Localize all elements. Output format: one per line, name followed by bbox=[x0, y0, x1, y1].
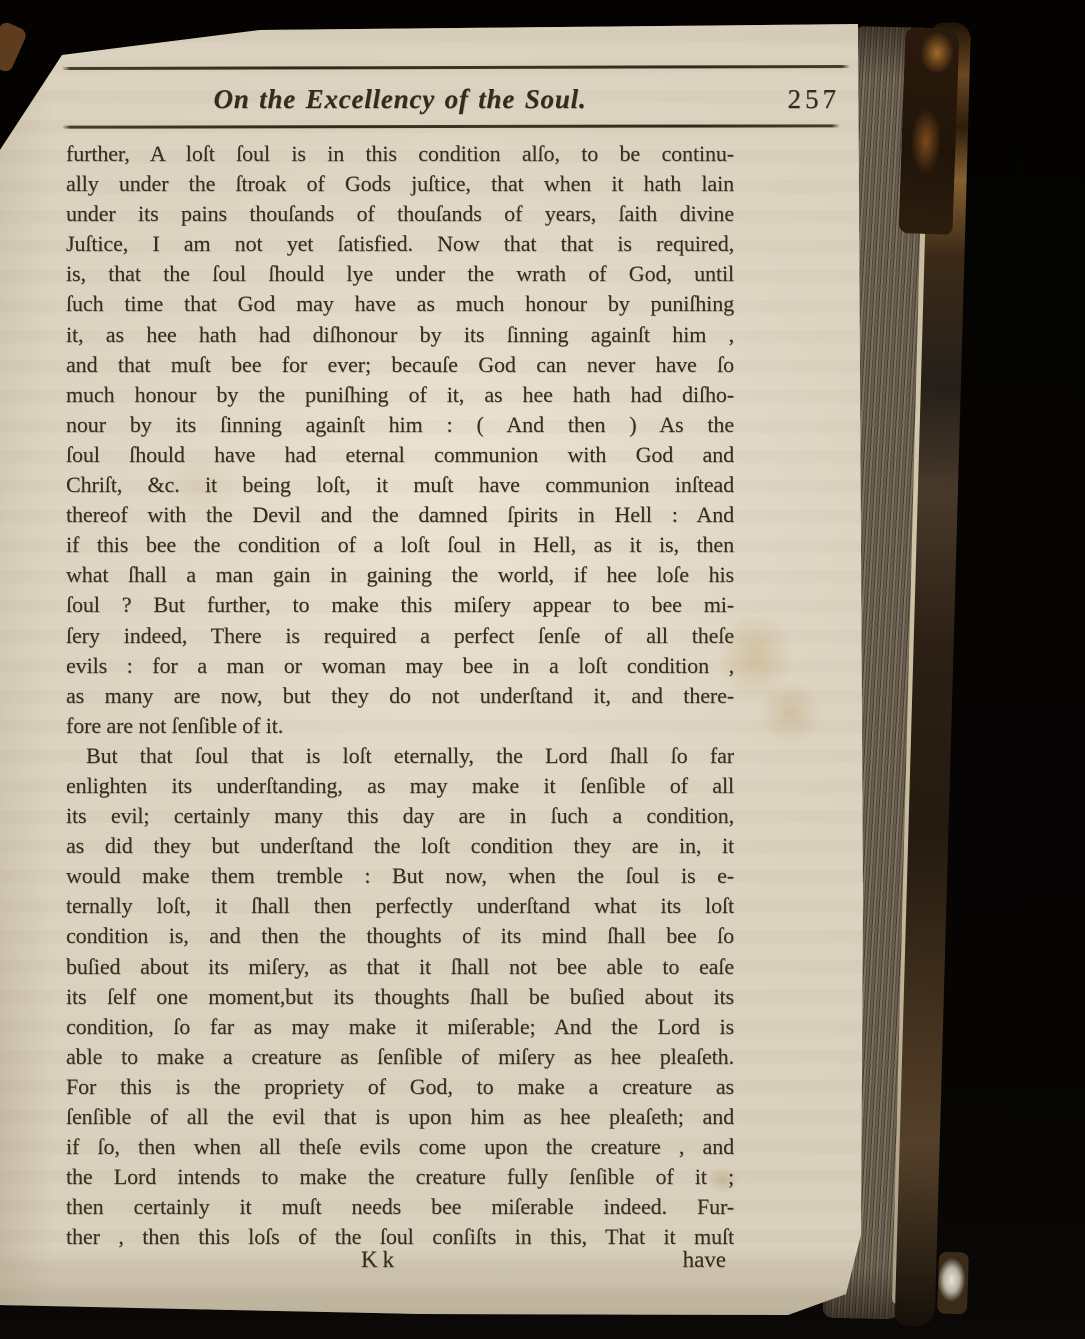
body-text-line: Chriſt, &c. it being loſt, it muſt have … bbox=[66, 470, 734, 500]
binding-leather-top bbox=[898, 27, 959, 235]
body-text-line: ternally loſt, it ſhall then perfectly u… bbox=[66, 891, 734, 921]
body-text-line: For this is the propriety of God, to mak… bbox=[66, 1072, 734, 1102]
body-text-line: what ſhall a man gain in gaining the wor… bbox=[66, 560, 734, 590]
stain-spot bbox=[745, 665, 835, 760]
body-text-line: ſery indeed, There is required a perfect… bbox=[66, 621, 734, 651]
signature-mark: Kk bbox=[46, 1244, 714, 1276]
catchword: have bbox=[683, 1244, 726, 1276]
body-text-line: enlighten its underſtanding, as may make… bbox=[66, 771, 734, 801]
body-text-line: condition is, and then the thoughts of i… bbox=[66, 921, 734, 951]
body-text-line: its ſelf one moment,but its thoughts ſha… bbox=[66, 982, 734, 1012]
signature-row: Kk have bbox=[66, 1244, 734, 1276]
body-text-line: then certainly it muſt needs bee miſerab… bbox=[66, 1192, 734, 1222]
body-text-line: and that muſt bee for ever; becauſe God … bbox=[66, 350, 734, 380]
body-text-line: ſoul ? But further, to make this miſery … bbox=[66, 590, 734, 620]
body-text-line: ſuch time that God may have as much hono… bbox=[66, 289, 734, 319]
body-text-line: would make them tremble : But now, when … bbox=[66, 861, 734, 891]
body-text-line: thereof with the Devil and the damned ſp… bbox=[66, 500, 734, 530]
binding-wear-patch bbox=[937, 1251, 969, 1314]
body-text-line: as did they but underſtand the loſt cond… bbox=[66, 831, 734, 861]
body-text-line: if this bee the condition of a loſt ſoul… bbox=[66, 530, 734, 560]
page-number: 257 bbox=[760, 84, 840, 114]
book-scan: On the Excellency of the Soul. 257 furth… bbox=[0, 0, 1085, 1339]
body-text-line: ſoul ſhould have had eternal communion w… bbox=[66, 440, 734, 470]
body-text-line: fore are not ſenſible of it. bbox=[66, 711, 734, 741]
body-text-line: its evil; certainly many this day are in… bbox=[66, 801, 734, 831]
body-text-line: ſenſible of all the evil that is upon hi… bbox=[66, 1102, 734, 1132]
text-column: further, A loſt ſoul is in this conditio… bbox=[66, 139, 734, 1252]
body-text-line: is, that the ſoul ſhould lye under the w… bbox=[66, 259, 734, 289]
running-title: On the Excellency of the Soul. bbox=[66, 84, 734, 114]
body-text-line: But that ſoul that is loſt eternally, th… bbox=[66, 741, 734, 771]
body-text-line: the Lord intends to make the creature fu… bbox=[66, 1162, 734, 1192]
body-text-line: condition, ſo far as may make it miſerab… bbox=[66, 1012, 734, 1042]
body-text-line: much honour by the puniſhing of it, as h… bbox=[66, 380, 734, 410]
header-rule-bottom bbox=[62, 124, 840, 128]
body-text-line: able to make a creature as ſenſible of m… bbox=[66, 1042, 734, 1072]
body-text-line: under its pains thouſands of thouſands o… bbox=[66, 199, 734, 229]
body-text-line: if ſo, then when all theſe evils come up… bbox=[66, 1132, 734, 1162]
body-text-line: further, A loſt ſoul is in this conditio… bbox=[66, 139, 734, 169]
body-text-line: as many are now, but they do not underſt… bbox=[66, 681, 734, 711]
body-text-line: it, as hee hath had diſhonour by its ſin… bbox=[66, 320, 734, 350]
body-text-line: ally under the ſtroak of Gods juſtice, t… bbox=[66, 169, 734, 199]
body-text-line: buſied about its miſery, as that it ſhal… bbox=[66, 952, 734, 982]
spine-speck bbox=[0, 20, 28, 73]
body-text-line: evils : for a man or woman may bee in a … bbox=[66, 651, 734, 681]
body-text-line: nour by its ſinning againſt him : ( And … bbox=[66, 410, 734, 440]
body-text-line: Juſtice, I am not yet ſatisfied. Now tha… bbox=[66, 229, 734, 259]
header-rule-top bbox=[62, 65, 850, 70]
